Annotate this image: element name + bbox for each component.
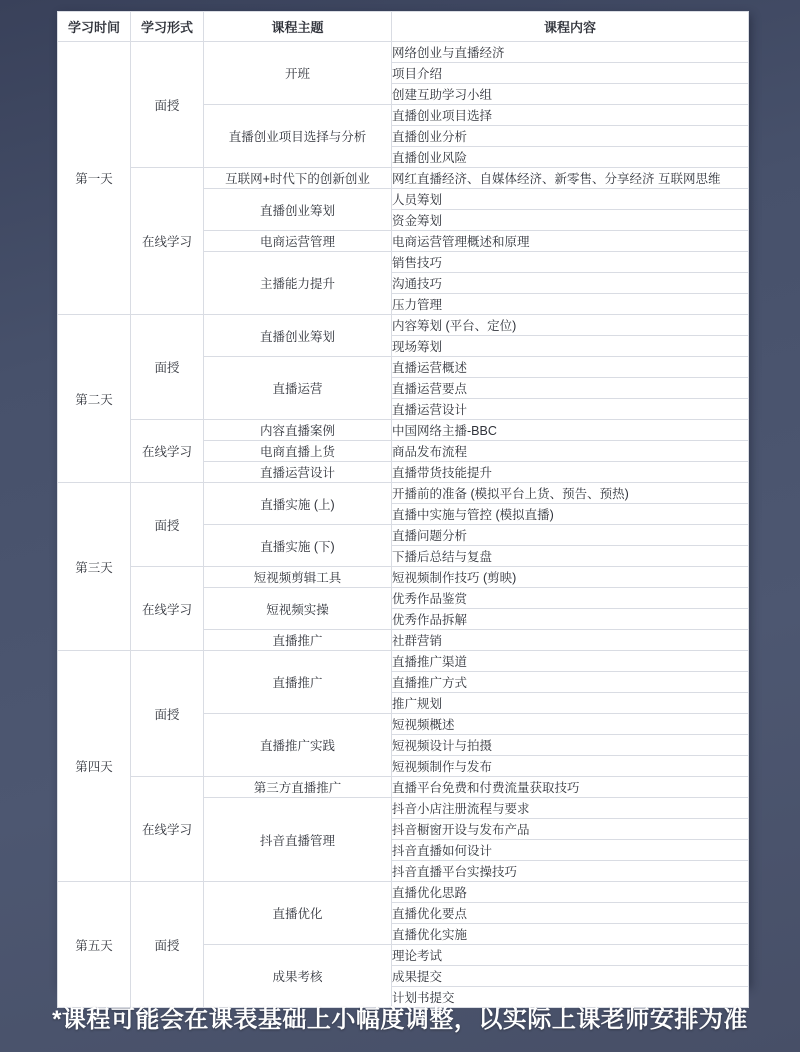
course-content-cell: 社群营销: [392, 630, 749, 651]
table-row: 第二天面授直播创业筹划内容筹划 (平台、定位): [58, 315, 749, 336]
study-time-cell: 第五天: [58, 882, 131, 1008]
table-body: 第一天面授开班网络创业与直播经济项目介绍创建互助学习小组直播创业项目选择与分析直…: [58, 42, 749, 1008]
course-content-cell: 网红直播经济、自媒体经济、新零售、分享经济 互联网思维: [392, 168, 749, 189]
course-content-cell: 人员筹划: [392, 189, 749, 210]
course-content-cell: 直播优化实施: [392, 924, 749, 945]
study-time-cell: 第四天: [58, 651, 131, 882]
schedule-card: 学习时间学习形式课程主题课程内容 第一天面授开班网络创业与直播经济项目介绍创建互…: [57, 11, 748, 985]
study-form-cell: 在线学习: [131, 777, 204, 882]
course-content-cell: 直播中实施与管控 (模拟直播): [392, 504, 749, 525]
course-content-cell: 直播优化思路: [392, 882, 749, 903]
course-content-cell: 创建互助学习小组: [392, 84, 749, 105]
course-content-cell: 抖音直播平台实操技巧: [392, 861, 749, 882]
column-header-3: 课程内容: [392, 12, 749, 42]
course-topic-cell: 直播实施 (下): [204, 525, 392, 567]
course-content-cell: 成果提交: [392, 966, 749, 987]
course-content-cell: 直播运营概述: [392, 357, 749, 378]
table-row: 第一天面授开班网络创业与直播经济: [58, 42, 749, 63]
header-row: 学习时间学习形式课程主题课程内容: [58, 12, 749, 42]
table-row: 在线学习内容直播案例中国网络主播-BBC: [58, 420, 749, 441]
course-content-cell: 短视频概述: [392, 714, 749, 735]
course-content-cell: 直播创业分析: [392, 126, 749, 147]
course-content-cell: 短视频设计与拍摄: [392, 735, 749, 756]
course-topic-cell: 直播运营: [204, 357, 392, 420]
course-content-cell: 沟通技巧: [392, 273, 749, 294]
column-header-1: 学习形式: [131, 12, 204, 42]
course-content-cell: 直播推广方式: [392, 672, 749, 693]
course-content-cell: 中国网络主播-BBC: [392, 420, 749, 441]
course-topic-cell: 直播推广: [204, 651, 392, 714]
course-content-cell: 开播前的准备 (模拟平台上货、预告、预热): [392, 483, 749, 504]
study-time-cell: 第三天: [58, 483, 131, 651]
course-content-cell: 抖音直播如何设计: [392, 840, 749, 861]
course-content-cell: 短视频制作技巧 (剪映): [392, 567, 749, 588]
column-header-2: 课程主题: [204, 12, 392, 42]
course-content-cell: 直播带货技能提升: [392, 462, 749, 483]
course-content-cell: 抖音小店注册流程与要求: [392, 798, 749, 819]
course-content-cell: 电商运营管理概述和原理: [392, 231, 749, 252]
course-content-cell: 直播运营设计: [392, 399, 749, 420]
schedule-disclaimer: *课程可能会在课表基础上小幅度调整，以实际上课老师安排为准: [0, 999, 800, 1034]
table-row: 在线学习第三方直播推广直播平台免费和付费流量获取技巧: [58, 777, 749, 798]
course-content-cell: 优秀作品鉴赏: [392, 588, 749, 609]
study-form-cell: 在线学习: [131, 567, 204, 651]
course-content-cell: 网络创业与直播经济: [392, 42, 749, 63]
table-row: 第三天面授直播实施 (上)开播前的准备 (模拟平台上货、预告、预热): [58, 483, 749, 504]
study-form-cell: 面授: [131, 42, 204, 168]
course-content-cell: 商品发布流程: [392, 441, 749, 462]
table-row: 在线学习短视频剪辑工具短视频制作技巧 (剪映): [58, 567, 749, 588]
study-form-cell: 面授: [131, 315, 204, 420]
course-content-cell: 资金筹划: [392, 210, 749, 231]
course-content-cell: 推广规划: [392, 693, 749, 714]
course-topic-cell: 短视频实操: [204, 588, 392, 630]
course-schedule-table: 学习时间学习形式课程主题课程内容 第一天面授开班网络创业与直播经济项目介绍创建互…: [57, 11, 749, 1008]
study-time-cell: 第一天: [58, 42, 131, 315]
table-row: 在线学习互联网+时代下的创新创业网红直播经济、自媒体经济、新零售、分享经济 互联…: [58, 168, 749, 189]
course-topic-cell: 互联网+时代下的创新创业: [204, 168, 392, 189]
course-content-cell: 直播推广渠道: [392, 651, 749, 672]
table-row: 第五天面授直播优化直播优化思路: [58, 882, 749, 903]
course-content-cell: 直播问题分析: [392, 525, 749, 546]
course-topic-cell: 直播创业项目选择与分析: [204, 105, 392, 168]
course-topic-cell: 电商运营管理: [204, 231, 392, 252]
course-topic-cell: 短视频剪辑工具: [204, 567, 392, 588]
study-form-cell: 面授: [131, 882, 204, 1008]
course-content-cell: 优秀作品拆解: [392, 609, 749, 630]
course-content-cell: 内容筹划 (平台、定位): [392, 315, 749, 336]
course-content-cell: 直播创业项目选择: [392, 105, 749, 126]
course-topic-cell: 直播运营设计: [204, 462, 392, 483]
table-row: 第四天面授直播推广直播推广渠道: [58, 651, 749, 672]
study-time-cell: 第二天: [58, 315, 131, 483]
course-content-cell: 直播创业风险: [392, 147, 749, 168]
course-content-cell: 销售技巧: [392, 252, 749, 273]
course-topic-cell: 开班: [204, 42, 392, 105]
course-topic-cell: 直播实施 (上): [204, 483, 392, 525]
course-topic-cell: 直播推广: [204, 630, 392, 651]
study-form-cell: 在线学习: [131, 168, 204, 315]
course-topic-cell: 第三方直播推广: [204, 777, 392, 798]
study-form-cell: 在线学习: [131, 420, 204, 483]
course-topic-cell: 内容直播案例: [204, 420, 392, 441]
course-content-cell: 直播运营要点: [392, 378, 749, 399]
course-content-cell: 现场筹划: [392, 336, 749, 357]
course-content-cell: 项目介绍: [392, 63, 749, 84]
course-content-cell: 直播平台免费和付费流量获取技巧: [392, 777, 749, 798]
course-content-cell: 直播优化要点: [392, 903, 749, 924]
column-header-0: 学习时间: [58, 12, 131, 42]
course-content-cell: 抖音橱窗开设与发布产品: [392, 819, 749, 840]
course-topic-cell: 主播能力提升: [204, 252, 392, 315]
course-topic-cell: 电商直播上货: [204, 441, 392, 462]
course-content-cell: 理论考试: [392, 945, 749, 966]
course-content-cell: 下播后总结与复盘: [392, 546, 749, 567]
study-form-cell: 面授: [131, 483, 204, 567]
course-topic-cell: 抖音直播管理: [204, 798, 392, 882]
course-topic-cell: 直播创业筹划: [204, 189, 392, 231]
course-topic-cell: 直播推广实践: [204, 714, 392, 777]
study-form-cell: 面授: [131, 651, 204, 777]
table-header: 学习时间学习形式课程主题课程内容: [58, 12, 749, 42]
course-content-cell: 短视频制作与发布: [392, 756, 749, 777]
course-content-cell: 压力管理: [392, 294, 749, 315]
course-topic-cell: 直播创业筹划: [204, 315, 392, 357]
course-topic-cell: 直播优化: [204, 882, 392, 945]
